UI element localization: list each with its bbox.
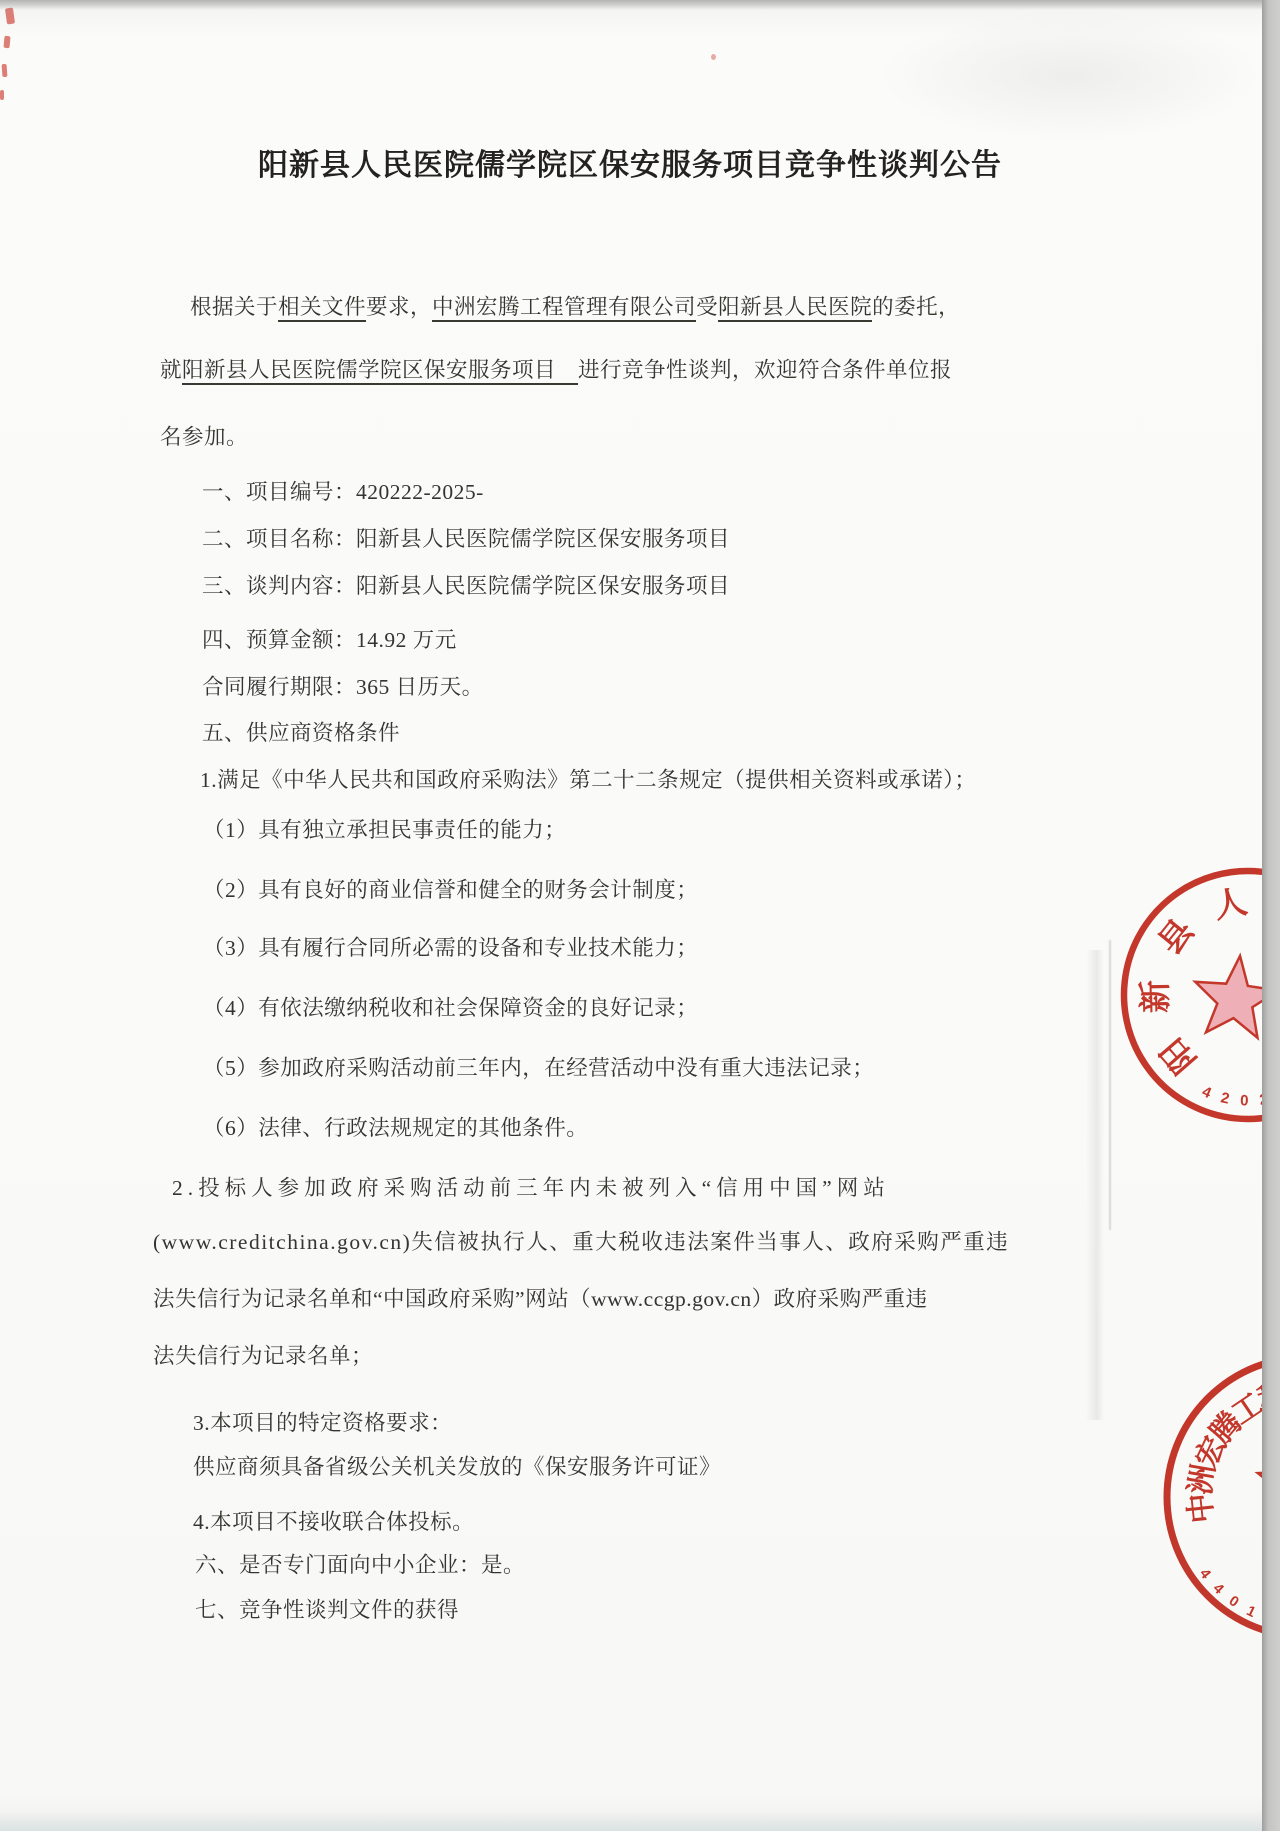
line-clause2-part1: 2.投标人参加政府采购活动前三年内未被列入“信用中国”网站 xyxy=(172,1172,890,1204)
company-official-seal: 中洲宏腾工程管理有限公司440100048 xyxy=(1137,1327,1280,1667)
line-negotiation-content: 三、谈判内容：阳新县人民医院儒学院区保安服务项目 xyxy=(202,570,730,602)
red-ink-mark xyxy=(0,90,4,100)
svg-text:2: 2 xyxy=(1219,1089,1231,1107)
line-project-name: 二、项目名称：阳新县人民医院儒学院区保安服务项目 xyxy=(202,523,730,555)
intro-line-1: 根据关于相关文件要求，中洲宏腾工程管理有限公司受阳新县人民医院的委托， xyxy=(190,291,960,323)
red-ink-mark xyxy=(3,36,10,48)
svg-text:4: 4 xyxy=(1196,1566,1214,1582)
line-clause4: 4.本项目不接收联合体投标。 xyxy=(193,1506,474,1538)
scanned-announcement-page: 阳新县人民医院儒学院区保安服务项目竞争性谈判公告 根据关于相关文件要求，中洲宏腾… xyxy=(0,0,1280,1831)
scan-bottom-edge xyxy=(0,1812,1280,1831)
line-clause3-detail: 供应商须具备省级公关机关发放的《保安服务许可证》 xyxy=(193,1451,721,1483)
line-law-requirement: 1.满足《中华人民共和国政府采购法》第二十二条规定（提供相关资料或承诺）； xyxy=(200,764,976,796)
line-item6-sme: 六、是否专门面向中小企业：是。 xyxy=(195,1549,525,1581)
line-condition-4: （4）有依法缴纳税收和社会保障资金的良好记录； xyxy=(203,992,698,1024)
document-title: 阳新县人民医院儒学院区保安服务项目竞争性谈判公告 xyxy=(0,140,1260,184)
svg-text:1: 1 xyxy=(1244,1603,1258,1621)
line-condition-2: （2）具有良好的商业信誉和健全的财务会计制度； xyxy=(203,874,698,906)
line-condition-5: （5）参加政府采购活动前三年内，在经营活动中没有重大违法记录； xyxy=(203,1052,874,1084)
line-item7-documents: 七、竞争性谈判文件的获得 xyxy=(195,1594,459,1626)
svg-text:新: 新 xyxy=(1136,980,1174,1014)
hospital-official-seal: 阳新县人民医院42022 xyxy=(1098,845,1280,1145)
line-condition-6: （6）法律、行政法规规定的其他条件。 xyxy=(203,1112,588,1144)
svg-text:人: 人 xyxy=(1211,882,1250,925)
red-ink-mark xyxy=(2,64,8,77)
line-budget-amount: 四、预算金额：14.92 万元 xyxy=(202,624,457,656)
red-ink-mark xyxy=(5,8,15,25)
svg-text:4: 4 xyxy=(1199,1083,1214,1102)
red-ink-dot xyxy=(711,54,716,60)
line-contract-period: 合同履行期限：365 日历天。 xyxy=(202,671,484,703)
line-clause2-part4: 法失信行为记录名单； xyxy=(153,1340,373,1372)
line-condition-1: （1）具有独立承担民事责任的能力； xyxy=(203,814,566,846)
line-clause2-part2: (www.creditchina.gov.cn)失信被执行人、重大税收违法案件当… xyxy=(153,1226,1009,1258)
svg-text:0: 0 xyxy=(1226,1593,1242,1611)
line-clause2-part3: 法失信行为记录名单和“中国政府采购”网站（www.ccgp.gov.cn）政府采… xyxy=(153,1283,928,1315)
svg-text:0: 0 xyxy=(1240,1092,1249,1109)
intro-line-3: 名参加。 xyxy=(160,421,248,453)
svg-text:4: 4 xyxy=(1210,1581,1227,1598)
line-clause3-heading: 3.本项目的特定资格要求： xyxy=(193,1407,452,1439)
intro-line-2: 就阳新县人民医院儒学院区保安服务项目 进行竞争性谈判，欢迎符合条件单位报 xyxy=(160,354,952,386)
svg-text:县: 县 xyxy=(1151,912,1201,961)
line-project-number: 一、项目编号：420222-2025- xyxy=(202,476,484,508)
svg-text:阳: 阳 xyxy=(1153,1031,1203,1080)
scan-right-edge xyxy=(1262,0,1280,1831)
scan-smudge xyxy=(880,10,1260,140)
scan-top-edge xyxy=(0,0,1280,10)
line-condition-3: （3）具有履行合同所必需的设备和专业技术能力； xyxy=(203,932,698,964)
line-supplier-qualification-heading: 五、供应商资格条件 xyxy=(202,717,400,749)
